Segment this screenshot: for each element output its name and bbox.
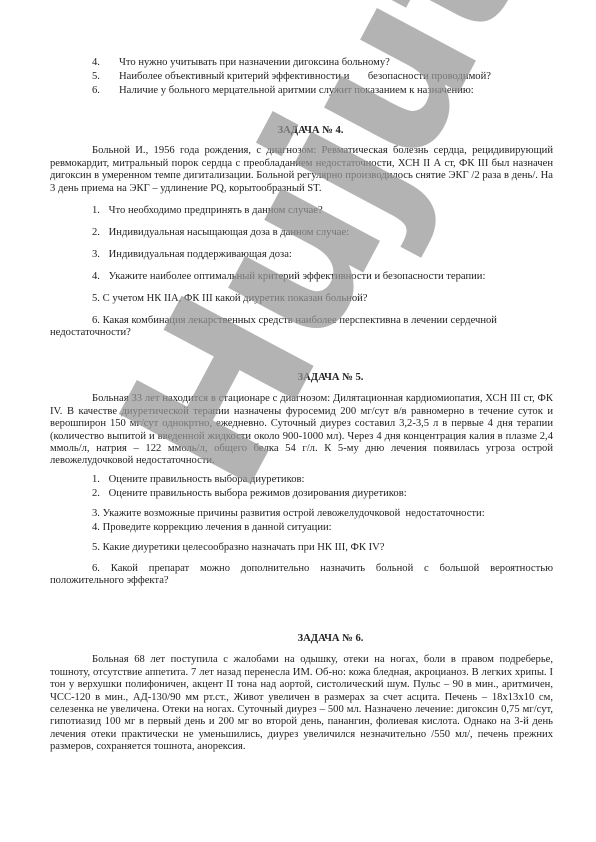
list-item: 5.Наиболее объективный критерий эффектив… bbox=[92, 71, 562, 85]
task-5: ЗАДАЧА № 5. Больная 33 лет находится в с… bbox=[50, 372, 553, 588]
question: 4. Укажите наиболее оптимальный критерий… bbox=[50, 271, 553, 293]
item-text: Что нужно учитывать при назначении дигок… bbox=[119, 57, 390, 71]
item-number: 5. bbox=[92, 71, 119, 85]
question: 1. Что необходимо предпринять в данном с… bbox=[50, 205, 553, 227]
question-number: 6. bbox=[92, 563, 100, 574]
question: 5. Какие диуретики целесообразно назнача… bbox=[50, 542, 553, 563]
task-body: Больная 68 лет поступила с жалобами на о… bbox=[50, 654, 553, 753]
question: 4. Проведите коррекцию лечения в данной … bbox=[50, 522, 553, 542]
question: 3. Индивидуальная поддерживающая доза: bbox=[50, 249, 553, 271]
question-text: Индивидуальная насыщающая доза в данном … bbox=[109, 227, 349, 238]
question-number: 5. bbox=[92, 293, 100, 304]
question-number: 5. bbox=[92, 542, 100, 553]
list-item: 6.Наличие у больного мерцательной аритми… bbox=[92, 85, 562, 99]
task-6: ЗАДАЧА № 6. Больная 68 лет поступила с ж… bbox=[50, 633, 553, 754]
question: 5. С учетом НК IIА, ФК III какой диурети… bbox=[50, 293, 553, 315]
question: 6. Какой препарат можно дополнительно на… bbox=[50, 563, 553, 588]
question: 3. Укажите возможные причины развития ос… bbox=[50, 508, 553, 522]
task-4: ЗАДАЧА № 4. Больной И., 1956 года рожден… bbox=[50, 125, 553, 340]
task-title: ЗАДАЧА № 6. bbox=[50, 633, 553, 645]
question-number: 1. bbox=[92, 474, 106, 486]
question-number: 6. bbox=[92, 315, 100, 326]
task-body: Больной И., 1956 года рождения, с диагно… bbox=[50, 145, 553, 195]
document-page: 4.Что нужно учитывать при назначении диг… bbox=[0, 0, 596, 842]
question: 2. Индивидуальная насыщающая доза в данн… bbox=[50, 227, 553, 249]
question-text: Укажите наиболее оптимальный критерий эф… bbox=[109, 271, 486, 282]
question-number: 3. bbox=[92, 249, 106, 261]
question-text: Индивидуальная поддерживающая доза: bbox=[109, 249, 292, 260]
item-number: 6. bbox=[92, 85, 119, 99]
item-number: 4. bbox=[92, 57, 119, 71]
item-text: Наличие у больного мерцательной аритмии … bbox=[119, 85, 474, 99]
question-text: Какой препарат можно дополнительно назна… bbox=[50, 563, 553, 586]
question-text: Что необходимо предпринять в данном случ… bbox=[109, 205, 323, 216]
question-number: 4. bbox=[92, 522, 100, 533]
previous-task-questions: 4.Что нужно учитывать при назначении диг… bbox=[92, 57, 562, 99]
question-text: Укажите возможные причины развития остро… bbox=[103, 508, 485, 519]
question-number: 2. bbox=[92, 488, 106, 500]
question-number: 1. bbox=[92, 205, 106, 217]
task-body: Больная 33 лет находится в стационаре с … bbox=[50, 393, 553, 467]
question-text: С учетом НК IIА, ФК III какой диуретик п… bbox=[103, 293, 368, 304]
list-item: 4.Что нужно учитывать при назначении диг… bbox=[92, 57, 562, 71]
question: 6. Какая комбинация лекарственных средст… bbox=[50, 315, 553, 340]
question-text: Проведите коррекцию лечения в данной сит… bbox=[103, 522, 332, 533]
question-text: Какие диуретики целесообразно назначать … bbox=[103, 542, 385, 553]
question-number: 2. bbox=[92, 227, 106, 239]
question-number: 3. bbox=[92, 508, 100, 519]
question: 2. Оцените правильность выбора режимов д… bbox=[50, 488, 553, 508]
question-text: Оцените правильность выбора режимов дози… bbox=[109, 488, 407, 499]
item-text: Наиболее объективный критерий эффективно… bbox=[119, 71, 491, 85]
question-text: Оцените правильность выбора диуретиков: bbox=[109, 474, 305, 485]
question-number: 4. bbox=[92, 271, 106, 283]
task-title: ЗАДАЧА № 4. bbox=[50, 125, 553, 137]
question: 1. Оцените правильность выбора диуретико… bbox=[50, 474, 553, 488]
task-title: ЗАДАЧА № 5. bbox=[50, 372, 553, 384]
question-text: Какая комбинация лекарственных средств н… bbox=[50, 315, 497, 338]
